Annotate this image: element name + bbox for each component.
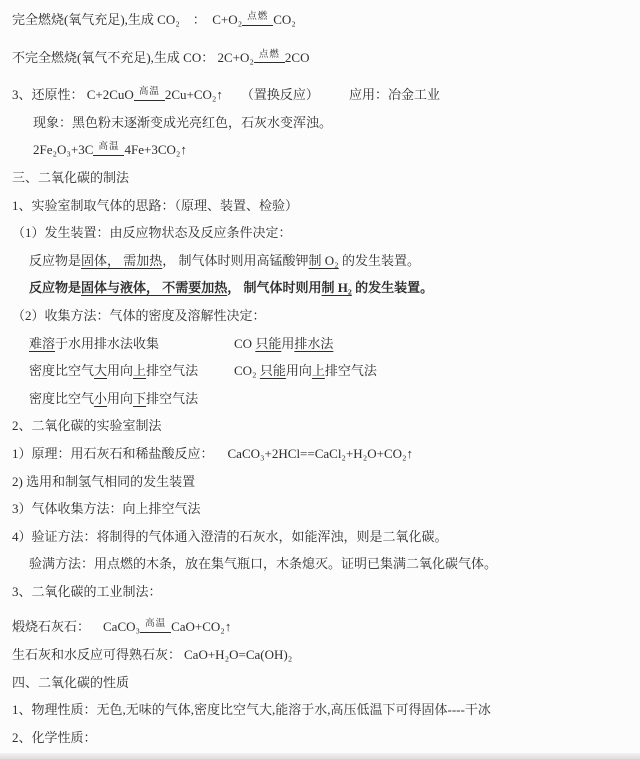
doc-line-co2-lab-method: 2、二氧化碳的实验室制法 [12,412,630,440]
underlined-text: 只能 [255,336,281,351]
text-segment: 不完全燃烧(氧气不充足),生成 CO： 2C+O₂ [12,50,254,65]
chem-equation: CO₂ [273,12,296,27]
reaction-condition: 高温 [93,143,124,156]
reaction-type-note: （置换反应） [241,87,319,102]
doc-line-phenomenon: 现象：黑色粉末逐渐变成光亮红色，石灰水变浑浊。 [12,109,630,137]
collection-rule: 密度比空气大用向上排空气法 [29,357,234,385]
doc-line-upward-air: 密度比空气大用向上排空气法CO₂ 只能用向上排空气法 [12,357,630,385]
underlined-text: 只能 [260,363,286,378]
collection-rule: 难溶于水用排水法收集 [29,330,234,358]
reaction-condition: 高温 [134,88,165,101]
text-segment: 完全燃烧(氧气充足),生成 CO₂ ： C+O₂ [12,12,242,27]
doc-line-lab-gas-idea: 1、实验室制取气体的思路：（原理、装置、检验） [12,192,630,220]
text-segment: 生石灰和水反应可得熟石灰： [12,647,181,662]
text-segment: 于水用排水法收集 [55,336,159,351]
underlined-text: 上 [133,363,146,378]
text-segment: 反应物是 [29,253,81,268]
text-segment: 排空气法 [325,363,377,378]
doc-line-full-test: 验满方法：用点燃的木条，放在集气瓶口，木条熄灭。证明已集满二氧化碳气体。 [12,550,630,578]
chem-equation: CaCO₃ [103,619,140,634]
chem-equation: 4Fe+3CO₂↑ [124,142,186,157]
chem-equation: 2CO [285,50,310,65]
text-segment: 用向 [107,363,133,378]
text-segment: CO₂ [234,363,260,378]
chem-equation: 2Fe₂O₃+3C [33,142,93,157]
underlined-text: 制 O₂ [309,253,339,268]
text-segment: CO [234,336,255,351]
doc-line-principle: 1）原理：用石灰石和稀盐酸反应：CaCO₃+2HCl==CaCl₂+H₂O+CO… [12,440,630,468]
underlined-text: 下 [133,391,146,406]
text-segment: 排空气法 [146,363,198,378]
doc-line-calcination-equation: 煅烧石灰石：CaCO₃高温CaO+CO₂↑ [12,613,630,641]
text-segment: 用 [281,336,294,351]
chem-equation: CaO+H₂O=Ca(OH)₂ [184,647,292,662]
underlined-text: 固体与液体， 不需要加热 [81,280,227,295]
doc-heading-section3: 三、二氧化碳的制法 [12,164,630,192]
chemistry-notes-document: 完全燃烧(氧气充足),生成 CO₂ ： C+O₂点燃CO₂ 不完全燃烧(氧气不充… [0,0,640,759]
text-segment: ， 制气体时则用 [227,280,321,295]
doc-line-incomplete-combustion: 不完全燃烧(氧气不充足),生成 CO： 2C+O₂点燃2CO [12,44,630,72]
doc-line-solid-heating: 反应物是固体， 需加热， 制气体时则用高锰酸钾制 O₂ 的发生装置。 [12,247,630,275]
doc-line-industrial-method: 3、二氧化碳的工业制法： [12,578,630,606]
underlined-text: 大 [94,363,107,378]
doc-line-gas-collection: 3）气体收集方法：向上排空气法 [12,495,630,523]
text-segment: 1）原理：用石灰石和稀盐酸反应： [12,446,214,461]
reaction-condition: 高温 [140,620,171,633]
doc-line-fe2o3-equation: 2Fe₂O₃+3C高温4Fe+3CO₂↑ [12,136,630,164]
doc-line-downward-air: 密度比空气小用向下排空气法 [12,385,630,413]
gas-rule: CO₂ 只能用向上排空气法 [234,363,377,378]
reaction-condition: 点燃 [254,51,285,64]
doc-line-solid-liquid: 反应物是固体与液体， 不需要加热， 制气体时则用制 H₂ 的发生装置。 [12,274,630,302]
text-segment: 3、还原性： C+2CuO [12,87,134,102]
application-note: 应用：冶金工业 [349,87,440,102]
doc-line-quicklime: 生石灰和水反应可得熟石灰：CaO+H₂O=Ca(OH)₂ [12,641,630,669]
text-segment: 密度比空气 [29,391,94,406]
underlined-text: 上 [312,363,325,378]
doc-line-collection-method: （2）收集方法：气体的密度及溶解性决定： [12,302,630,330]
doc-line-water-collection: 难溶于水用排水法收集CO 只能用排水法 [12,330,630,358]
doc-line-generator-device: （1）发生装置：由反应物状态及反应条件决定： [12,219,630,247]
underlined-text: 制 H₂ [322,280,352,295]
text-segment: 的发生装置。 [339,253,420,268]
text-segment: 密度比空气 [29,363,94,378]
chem-equation: 2Cu+CO₂↑ [165,87,223,102]
doc-line-chemical-properties: 2、化学性质： [12,724,630,752]
underlined-text: 难溶 [29,336,55,351]
doc-line-physical-properties: 1、物理性质：无色,无味的气体,密度比空气大,能溶于水,高压低温下可得固体---… [12,696,630,724]
doc-heading-section4: 四、二氧化碳的性质 [12,669,630,697]
text-segment: 用向 [286,363,312,378]
text-segment: 的发生装置。 [352,280,433,295]
doc-line-device-choice: 2) 选用和制氢气相同的发生装置 [12,468,630,496]
doc-line-reducibility: 3、还原性： C+2CuO高温2Cu+CO₂↑（置换反应）应用：冶金工业 [12,81,630,109]
text-segment: 反应物是 [29,280,81,295]
underlined-text: 固体， 需加热 [81,253,162,268]
text-segment: 排空气法 [146,391,198,406]
underlined-text: 小 [94,391,107,406]
gas-rule: CO 只能用排水法 [234,336,333,351]
text-segment: 用向 [107,391,133,406]
page-edge-shadow [0,753,640,759]
underlined-text: 排水法 [294,336,333,351]
doc-line-verification: 4）验证方法：将制得的气体通入澄清的石灰水，如能浑浊，则是二氧化碳。 [12,523,630,551]
reaction-condition: 点燃 [242,13,273,26]
text-segment: 煅烧石灰石： [12,619,90,634]
chem-equation: CaCO₃+2HCl==CaCl₂+H₂O+CO₂↑ [228,446,414,461]
text-segment: ， 制气体时则用高锰酸钾 [162,253,308,268]
doc-line-complete-combustion: 完全燃烧(氧气充足),生成 CO₂ ： C+O₂点燃CO₂ [12,6,630,34]
chem-equation: CaO+CO₂↑ [171,619,231,634]
